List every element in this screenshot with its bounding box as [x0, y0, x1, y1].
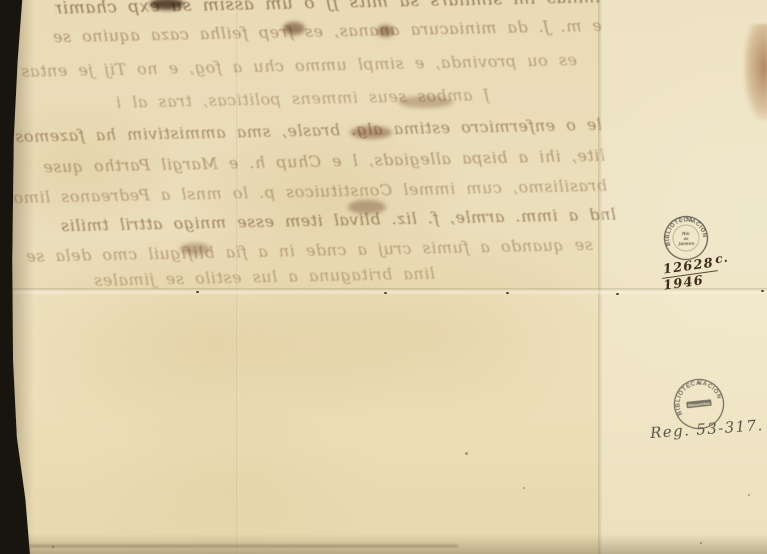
scanned-document: imnas im similars sa mits fj o um assim …	[0, 0, 767, 554]
left-edge-shadow	[8, 0, 34, 554]
paper-speck	[748, 494, 750, 496]
fold-nick	[506, 292, 509, 294]
accession-suffix: c.	[714, 252, 729, 267]
stamp-banner: Manuscritos	[686, 399, 712, 408]
vertical-fold-crease-left	[236, 0, 239, 554]
fold-nick	[6, 289, 9, 291]
ink-smudge	[398, 96, 453, 108]
bottom-edge-crease	[28, 545, 458, 547]
paper-speck	[523, 487, 525, 489]
fold-nick	[761, 290, 764, 292]
edge-stain	[744, 24, 767, 120]
ink-smudge	[377, 25, 394, 37]
ink-smudge	[350, 126, 392, 139]
ink-smudge	[283, 22, 305, 35]
ink-smudge	[180, 243, 210, 255]
manuscript-page: imnas im similars sa mits fj o um assim …	[0, 0, 767, 554]
fold-nick	[616, 293, 619, 295]
vertical-fold-crease-right	[598, 0, 603, 554]
svg-text:Janeiro: Janeiro	[678, 241, 695, 247]
fold-nick	[196, 291, 199, 293]
ink-smudge	[348, 200, 386, 214]
bottom-edge-shadow	[0, 534, 767, 554]
fold-nick	[384, 292, 387, 294]
stamp-center-text: Rio de Janeiro	[678, 231, 695, 247]
paper-speck	[465, 452, 468, 455]
